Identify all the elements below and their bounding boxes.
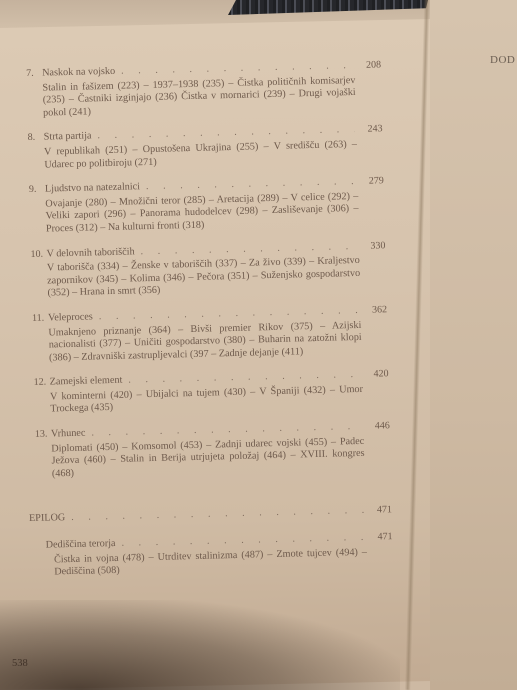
epilog-page: 471 bbox=[370, 505, 392, 518]
chapter-number: 13. bbox=[35, 429, 51, 442]
chapter-title: Ljudstvo na natezalnici bbox=[45, 181, 140, 196]
right-page bbox=[430, 0, 517, 690]
chapter-title: Strta partija bbox=[44, 131, 92, 145]
chapter-number: 8. bbox=[28, 132, 44, 145]
chapter-subsections: V taborišča (334) – Ženske v taboriščih … bbox=[31, 254, 387, 300]
chapter-page: 330 bbox=[363, 240, 385, 253]
facing-page-heading: DOD bbox=[490, 54, 515, 66]
epilog-subsection-title: Dediščina terorja bbox=[46, 538, 116, 552]
chapter-title: Veleproces bbox=[48, 311, 93, 325]
epilog-subsection-page: 471 bbox=[370, 531, 392, 544]
epilog-title: EPILOG bbox=[29, 513, 66, 526]
toc-entry: 12. Zamejski element 420 V kominterni (4… bbox=[34, 369, 390, 417]
chapter-subsections: Ovajanje (280) – Množični teror (285) – … bbox=[29, 190, 385, 236]
chapter-page: 446 bbox=[368, 420, 390, 433]
chapter-subsections: Diplomati (450) – Komsomol (453) – Zadnj… bbox=[35, 435, 391, 481]
chapter-subsections: Stalin in fašizem (223) – 1937–1938 (235… bbox=[26, 74, 382, 120]
page-number: 538 bbox=[12, 658, 28, 669]
toc-entry: 8. Strta partija 243 V republikah (251) … bbox=[28, 124, 384, 172]
toc-epilog: EPILOG 471 Dediščina terorja 471 Čistka … bbox=[37, 505, 394, 580]
toc-entry: 13. Vrhunec 446 Diplomati (450) – Komsom… bbox=[35, 420, 391, 481]
chapter-title: Vrhunec bbox=[51, 428, 86, 441]
chapter-number: 9. bbox=[29, 184, 45, 197]
toc-entry: 10. V delovnih taboriščih 330 V taborišč… bbox=[30, 240, 386, 301]
table-of-contents: 7. Naskok na vojsko 208 Stalin in fašize… bbox=[26, 59, 394, 591]
chapter-page: 208 bbox=[359, 59, 381, 72]
toc-entry: 11. Veleproces 362 Umaknjeno priznanje (… bbox=[32, 304, 388, 365]
chapter-number: 11. bbox=[32, 312, 48, 325]
chapter-page: 420 bbox=[366, 369, 388, 382]
chapter-page: 362 bbox=[365, 304, 387, 317]
dot-leader bbox=[71, 505, 364, 525]
chapter-title: Naskok na vojsko bbox=[42, 66, 115, 80]
chapter-page: 243 bbox=[360, 124, 382, 137]
chapter-page: 279 bbox=[362, 175, 384, 188]
chapter-subsections: Umaknjeno priznanje (364) – Bivši premie… bbox=[32, 319, 388, 365]
toc-entry: 9. Ljudstvo na natezalnici 279 Ovajanje … bbox=[29, 175, 385, 236]
chapter-number: 7. bbox=[26, 68, 42, 81]
chapter-title: V delovnih taboriščih bbox=[46, 246, 134, 261]
toc-entry: 7. Naskok na vojsko 208 Stalin in fašize… bbox=[26, 59, 382, 120]
chapter-title: Zamejski element bbox=[50, 375, 123, 389]
chapter-number: 10. bbox=[30, 248, 46, 261]
chapter-number: 12. bbox=[34, 377, 50, 390]
